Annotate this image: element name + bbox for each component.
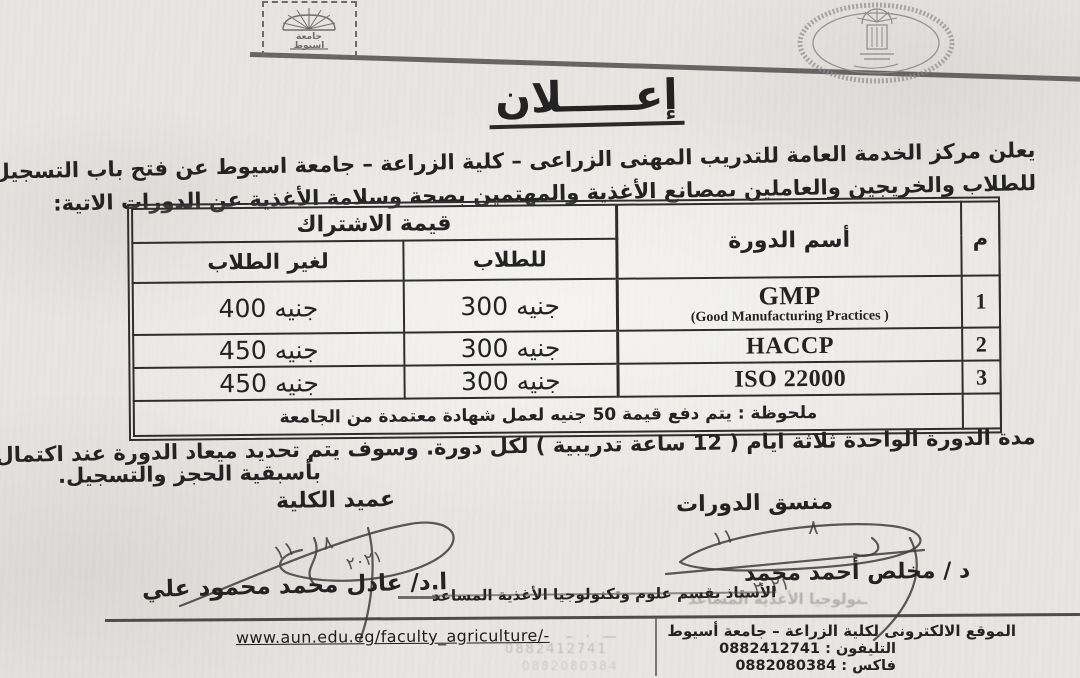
row-index: 1	[962, 275, 1000, 327]
student-fee: 300 جنيه	[404, 331, 617, 366]
footer-ghost-number-1: 0882412741	[505, 642, 608, 657]
footer-site-label: الموقع الالكترونى لكلية الزراعة – جامعة …	[660, 622, 1016, 641]
course-name: GMP	[618, 281, 961, 310]
footer-ghost-number-2: 0882080384	[522, 659, 618, 673]
course-name: HACCP	[619, 331, 962, 360]
table-header-row-1: م أسم الدورة قيمة الاشتراك	[132, 201, 999, 243]
footer-fax: فاكس : 0882080384	[660, 658, 1016, 675]
assiut-university-stamp: جامعة اسيوط	[262, 1, 357, 57]
non-student-fee: 450 جنيه	[133, 366, 404, 401]
course-subtitle: ( Good Manufacturing Practices)	[618, 307, 961, 325]
row-index: 3	[962, 360, 1000, 393]
footer-phone: التليفون : 0882412741	[660, 641, 1016, 658]
page-title: إعـــــلان	[489, 70, 685, 129]
col-header-students: للطلاب	[403, 239, 616, 281]
footer-vertical-divider	[655, 618, 657, 676]
col-header-index: م	[961, 201, 1000, 275]
non-student-fee: 450 جنيه	[133, 333, 404, 368]
assiut-university-logo-icon: جامعة اسيوط	[264, 3, 355, 55]
student-fee: 300 جنيه	[404, 279, 617, 333]
courses-table: م أسم الدورة قيمة الاشتراك للطلاب لغير ا…	[127, 196, 1002, 441]
footer-contact-block: الموقع الالكترونى لكلية الزراعة – جامعة …	[660, 622, 1016, 675]
col-header-non-students: لغير الطلاب	[132, 241, 403, 283]
coordinator-role-ghost: ـنولوجيا الأغذية المساعد	[688, 590, 867, 608]
course-name-cell: ISO 22000	[617, 361, 962, 397]
faculty-website-link: www.aun.edu.eg/faculty_agriculture/-	[236, 626, 550, 647]
table-row: 1 GMP ( Good Manufacturing Practices) 30…	[133, 275, 1000, 335]
dean-date-month: ٨	[320, 531, 335, 555]
empty-index-cell	[963, 393, 1001, 428]
student-fee: 300 جنيه	[404, 364, 617, 399]
coordinator-name: د / مخلص أحمد محمد	[744, 558, 971, 586]
course-name-cell: HACCP	[617, 328, 962, 364]
faculty-seal-icon	[796, 2, 956, 84]
row-index: 2	[962, 327, 1000, 360]
announcement-title: إعـــــلان	[473, 69, 699, 129]
course-name-cell: GMP ( Good Manufacturing Practices)	[617, 276, 962, 331]
col-header-fee-group: قيمة الاشتراك	[132, 205, 616, 243]
non-student-fee: 400 جنيه	[133, 281, 404, 335]
stamp-uni-name-2: اسيوط	[294, 41, 325, 51]
coordinator-date-day: ١١	[710, 523, 736, 551]
faculty-seal	[796, 2, 956, 84]
coordinator-date-month: ٨	[808, 515, 819, 539]
course-name: ISO 22000	[619, 364, 962, 393]
col-header-course: أسم الدورة	[616, 202, 962, 279]
duration-line-2: بأسبقية الحجز والتسجيل.	[58, 460, 321, 488]
